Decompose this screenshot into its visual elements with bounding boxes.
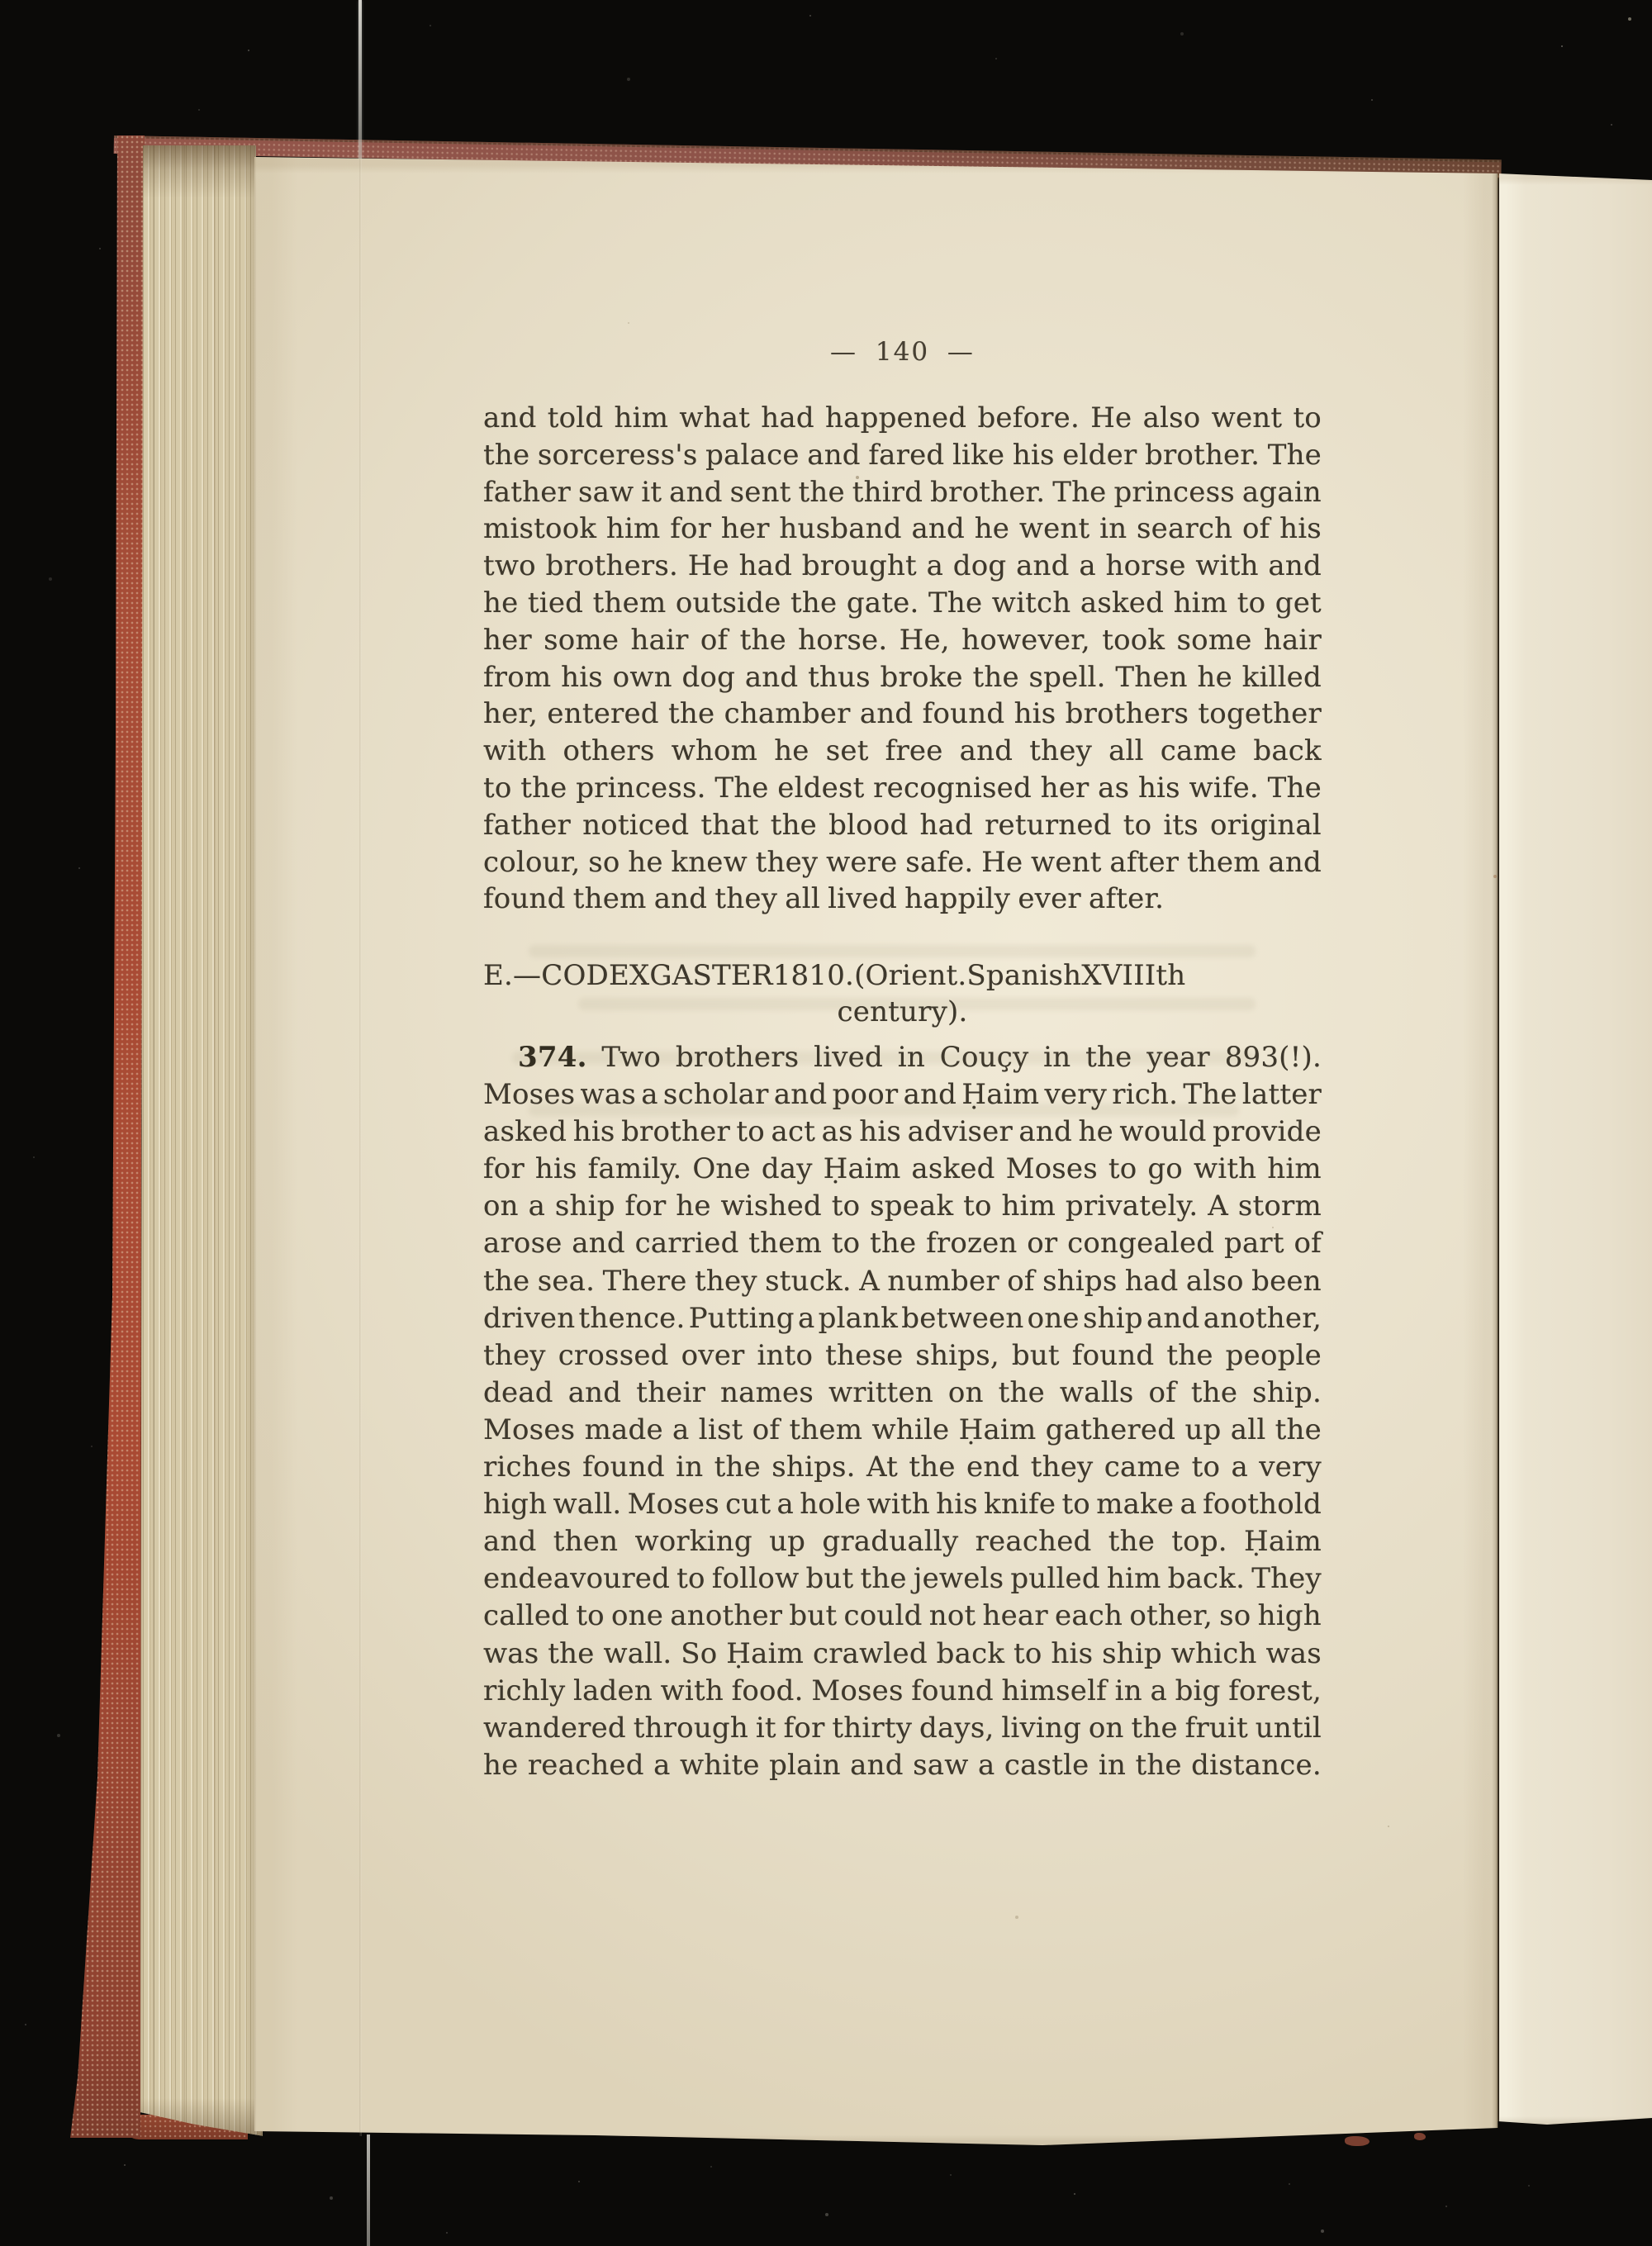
text-line: wanderedthroughitforthirtydays,livingont… (483, 1712, 1322, 1749)
text-line: twobrothers.Hehadbroughtadogandahorsewit… (483, 549, 1322, 586)
page-number: — 140 — (483, 337, 1322, 367)
fanned-page-edges (137, 145, 263, 2136)
show-through-ghost (529, 945, 1256, 957)
text-line: thesorceress'spalaceandfaredlikehiselder… (483, 439, 1322, 476)
cradle-thread-top (358, 0, 362, 159)
heading-line-1: E.—CODEXGASTER1810.(Orient.SpanishXVIIIt… (483, 959, 1322, 995)
text-line: totheprincess.Theeldestrecognisedherashi… (483, 772, 1322, 809)
paper-flecks (0, 0, 2, 2)
text-line: deadandtheirnameswrittenonthewallsofthes… (483, 1376, 1322, 1413)
tale-374-paragraph: 374.TwobrotherslivedinCouçyintheyear893(… (483, 1041, 1322, 1786)
text-line: theycrossedoverintotheseships,butfoundth… (483, 1339, 1322, 1376)
text-line: thesea.Theretheystuck.Anumberofshipshada… (483, 1265, 1322, 1302)
text-line: forhisfamily.OnedayḤaimaskedMosestogowit… (483, 1152, 1322, 1189)
text-line: aroseandcarriedthemtothefrozenorcongeale… (483, 1227, 1322, 1264)
section-heading: E.—CODEXGASTER1810.(Orient.SpanishXVIIIt… (483, 959, 1322, 1032)
text-line: fromhisowndogandthusbrokethespell.Thenhe… (483, 661, 1322, 698)
text-line: driventhence.Puttingaplankbetweenoneship… (483, 1302, 1322, 1339)
text-line: MoseswasascholarandpoorandḤaimveryrich.T… (483, 1078, 1322, 1115)
text-line: calledtooneanotherbutcouldnotheareachoth… (483, 1599, 1322, 1636)
tale-number: 374. (518, 1041, 587, 1074)
text-line: 374.TwobrotherslivedinCouçyintheyear893(… (483, 1041, 1322, 1078)
text-line: colour,soheknewtheyweresafe.Hewentaftert… (483, 846, 1322, 883)
text-line: hereachedawhiteplainandsawacastleinthedi… (483, 1749, 1322, 1786)
cradle-thread-bottom (367, 2134, 370, 2246)
text-line: andtoldhimwhathadhappenedbefore.Healsowe… (483, 401, 1322, 439)
right-page-sliver (1498, 160, 1652, 2130)
text-line: richlyladenwithfood.Mosesfoundhimselfina… (483, 1674, 1322, 1712)
text-line: hersomehairofthehorse.He,however,tooksom… (483, 624, 1322, 661)
text-line: wasthewall.SoḤaimcrawledbacktohisshipwhi… (483, 1637, 1322, 1674)
gutter-crease (1492, 173, 1498, 2128)
cover-peek-bottom (1414, 2133, 1426, 2140)
text-line: highwall.Mosescutaholewithhisknifetomake… (483, 1488, 1322, 1525)
text-line: fathersawitandsentthethirdbrother.Thepri… (483, 476, 1322, 513)
text-line: her,enteredthechamberandfoundhisbrothers… (483, 697, 1322, 734)
text-line: foundthemandtheyalllivedhappilyeverafter… (483, 882, 1322, 919)
text-line: fathernoticedthatthebloodhadreturnedtoit… (483, 809, 1322, 846)
heading-line-2: century). (483, 995, 1322, 1032)
text-line: askedhisbrothertoactashisadviserandhewou… (483, 1115, 1322, 1152)
text-line: withotherswhomhesetfreeandtheyallcamebac… (483, 734, 1322, 772)
text-line: endeavouredtofollowbutthejewelspulledhim… (483, 1562, 1322, 1599)
book-cover-left-edge (66, 135, 149, 2138)
text-line: andthenworkingupgraduallyreachedthetop.Ḥ… (483, 1525, 1322, 1562)
text-line: mistookhimforherhusbandandhewentinsearch… (483, 512, 1322, 549)
text-line: E.—CODEXGASTER1810.(Orient.SpanishXVIIIt… (483, 959, 1185, 995)
cover-peek-bottom (1345, 2136, 1370, 2146)
scanned-book-photo: { "page": { "number_display": "— 140 —",… (0, 0, 1652, 2246)
text-line: MosesmadealistofthemwhileḤaimgatheredupa… (483, 1413, 1322, 1451)
continuation-paragraph: andtoldhimwhathadhappenedbefore.Healsowe… (483, 401, 1322, 919)
text-line: onashipforhewishedtospeaktohimprivately.… (483, 1189, 1322, 1227)
cradle-thread-over-page (359, 155, 362, 2136)
text-line: hetiedthemoutsidethegate.Thewitchaskedhi… (483, 586, 1322, 624)
text-line: richesfoundintheships.Attheendtheycameto… (483, 1451, 1322, 1488)
